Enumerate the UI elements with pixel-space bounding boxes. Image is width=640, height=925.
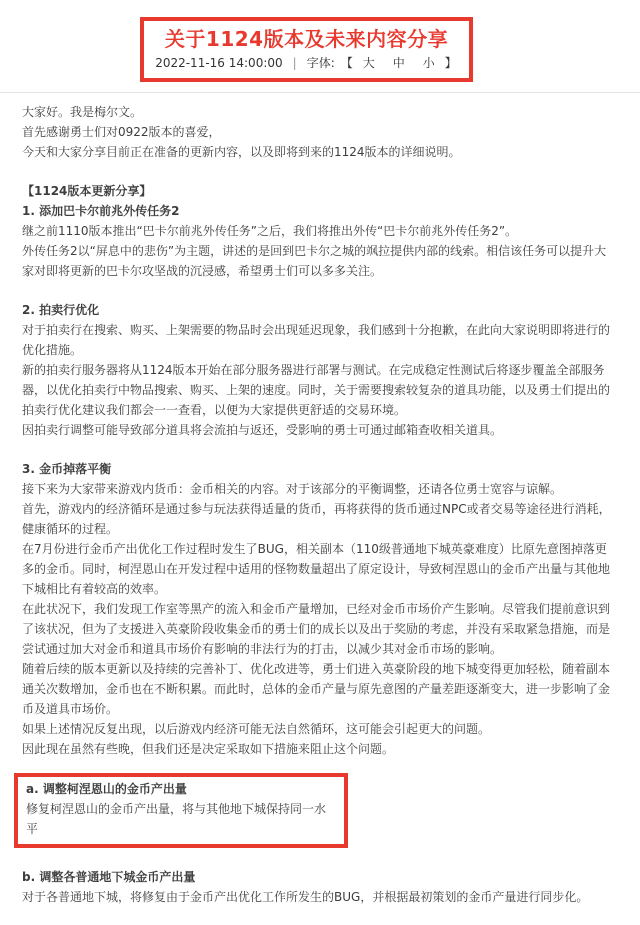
meta-line: 2022-11-16 14:00:00|字体:【大中小】: [148, 55, 465, 71]
meta-pipe: |: [293, 56, 297, 70]
measure-b-paragraph: 对于各普通地下城，将修复由于金币产出优化工作所发生的BUG，并根据最初策划的金币…: [22, 887, 618, 907]
section-3-paragraph: 因此现在虽然有些晚，但我们还是决定采取如下措施来阻止这个问题。: [22, 739, 618, 759]
section-version-share: 【1124版本更新分享】 1. 添加巴卡尔前兆外传任务2 继之前1110版本推出…: [22, 181, 618, 281]
publish-date: 2022-11-16 14:00:00: [155, 56, 282, 70]
section-auction-house: 2. 拍卖行优化 对于拍卖行在搜索、购买、上架需要的物品时会出现延迟现象，我们感…: [22, 300, 618, 440]
intro-overview: 今天和大家分享目前正在准备的更新内容，以及即将到来的1124版本的详细说明。: [22, 142, 618, 162]
share-heading: 【1124版本更新分享】: [22, 181, 618, 201]
section-2-paragraph: 新的拍卖行服务器将从1124版本开始在部分服务器进行部署与测试。在完成稳定性测试…: [22, 360, 618, 420]
section-3-paragraph: 随着后续的版本更新以及持续的完善补丁、优化改进等，勇士们进入英豪阶段的地下城变得…: [22, 659, 618, 719]
font-size-option-medium[interactable]: 中: [393, 56, 405, 70]
section-3-paragraph: 在此状况下，我们发现工作室等黑产的流入和金币产量增加，已经对金币市场价产生影响。…: [22, 599, 618, 659]
section-gold-balance: 3. 金币掉落平衡 接下来为大家带来游戏内货币：金币相关的内容。对于该部分的平衡…: [22, 459, 618, 759]
measure-b: b. 调整各普通地下城金币产出量 对于各普通地下城，将修复由于金币产出优化工作所…: [22, 867, 618, 907]
section-2-paragraph: 因拍卖行调整可能导致部分道具将会流拍与返还，受影响的勇士可通过邮箱查收相关道具。: [22, 420, 618, 440]
article-body: 大家好。我是梅尔文。 首先感谢勇士们对0922版本的喜爱， 今天和大家分享目前正…: [0, 93, 640, 925]
intro-greeting: 大家好。我是梅尔文。: [22, 102, 618, 122]
measure-a-annotation-box: a. 调整柯涅恩山的金币产出量 修复柯涅恩山的金币产出量，将与其他地下城保持同一…: [14, 773, 348, 848]
section-3-heading: 3. 金币掉落平衡: [22, 459, 618, 479]
bracket-close: 】: [445, 56, 457, 70]
section-1-paragraph: 继之前1110版本推出“巴卡尔前兆外传任务”之后，我们将推出外传“巴卡尔前兆外传…: [22, 221, 618, 241]
intro-thanks: 首先感谢勇士们对0922版本的喜爱，: [22, 122, 618, 142]
measure-a-paragraph: 修复柯涅恩山的金币产出量，将与其他地下城保持同一水平: [26, 799, 336, 839]
section-3-paragraph: 在7月份进行金币产出优化工作过程时发生了BUG，相关副本（110级普通地下城英豪…: [22, 539, 618, 599]
announcement-page: 关于1124版本及未来内容分享 2022-11-16 14:00:00|字体:【…: [0, 0, 640, 925]
section-1-heading: 1. 添加巴卡尔前兆外传任务2: [22, 201, 618, 221]
measure-a-heading: a. 调整柯涅恩山的金币产出量: [26, 779, 336, 799]
measure-b-heading: b. 调整各普通地下城金币产出量: [22, 867, 618, 887]
section-1-paragraph: 外传任务2以“屏息中的悲伤”为主题，讲述的是回到巴卡尔之城的飒拉提供内部的线索。…: [22, 241, 618, 281]
bracket-open: 【: [341, 56, 353, 70]
section-2-paragraph: 对于拍卖行在搜索、购买、上架需要的物品时会出现延迟现象，我们感到十分抱歉，在此向…: [22, 320, 618, 360]
section-3-paragraph: 首先，游戏内的经济循环是通过参与玩法获得适量的货币，再将获得的货币通过NPC或者…: [22, 499, 618, 539]
font-size-label: 字体:: [307, 56, 335, 70]
page-title: 关于1124版本及未来内容分享: [148, 26, 465, 53]
section-3-paragraph: 如果上述情况反复出现，以后游戏内经济可能无法自然循环，这可能会引起更大的问题。: [22, 719, 618, 739]
title-annotation-box: 关于1124版本及未来内容分享 2022-11-16 14:00:00|字体:【…: [140, 17, 473, 82]
section-3-paragraph: 接下来为大家带来游戏内货币：金币相关的内容。对于该部分的平衡调整，还请各位勇士宽…: [22, 479, 618, 499]
font-size-option-small[interactable]: 小: [423, 56, 435, 70]
section-2-heading: 2. 拍卖行优化: [22, 300, 618, 320]
font-size-option-large[interactable]: 大: [363, 56, 375, 70]
